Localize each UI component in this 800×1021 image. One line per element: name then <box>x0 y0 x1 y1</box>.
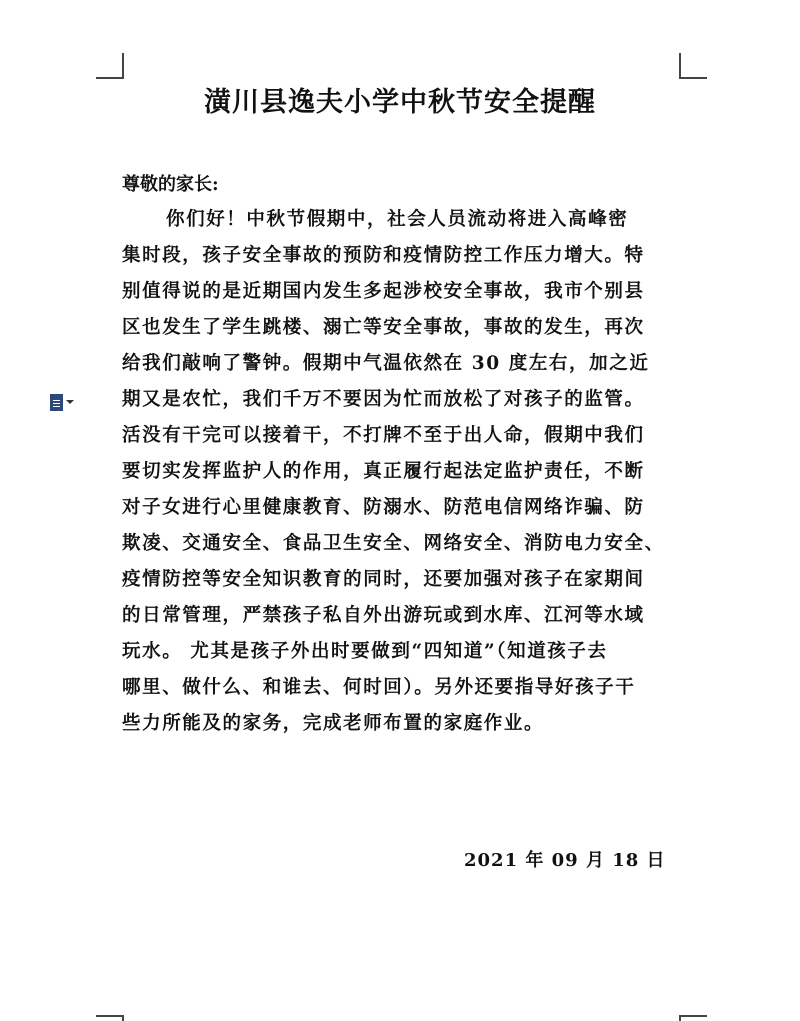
document-title: 潢川县逸夫小学中秋节安全提醒 <box>0 80 800 119</box>
body-line: 活没有干完可以接着干，不打牌不至于出人命，假期中我们 <box>122 418 682 454</box>
document-icon <box>50 394 63 411</box>
body-line: 你们好！中秋节假期中，社会人员流动将进入高峰密 <box>122 202 682 238</box>
body-text-segment: （知道孩子去 <box>496 641 607 662</box>
body-line: 对子女进行心里健康教育、防溺水、防范电信网络诈骗、防 <box>122 490 682 526</box>
document-date: 2021 年 09 月 18 日 <box>464 846 666 872</box>
body-text-segment: 玩水。 尤其是孩子外出时要做到 <box>122 641 411 662</box>
page-corner-mark-bottom-left <box>96 1015 124 1021</box>
body-line: 集时段，孩子安全事故的预防和疫情防控工作压力增大。特 <box>122 238 682 274</box>
greeting: 尊敬的家长: <box>122 170 219 196</box>
page-corner-mark-bottom-right <box>679 1015 707 1021</box>
four-knows-emphasis: “四知道” <box>411 641 496 662</box>
body-line: 欺凌、交通安全、食品卫生安全、网络安全、消防电力安全、 <box>122 526 682 562</box>
page-corner-mark-top-left <box>96 53 124 79</box>
body-line: 哪里、做什么、和谁去、何时回）。另外还要指导好孩子干 <box>122 670 682 706</box>
chevron-down-icon <box>66 400 74 404</box>
body-line: 期又是农忙，我们千万不要因为忙而放松了对孩子的监管。 <box>122 382 682 418</box>
body-line: 别值得说的是近期国内发生多起涉校安全事故，我市个别县 <box>122 274 682 310</box>
body-line: 疫情防控等安全知识教育的同时，还要加强对孩子在家期间 <box>122 562 682 598</box>
body-line: 区也发生了学生跳楼、溺亡等安全事故，事故的发生，再次 <box>122 310 682 346</box>
body-paragraph: 你们好！中秋节假期中，社会人员流动将进入高峰密 集时段，孩子安全事故的预防和疫情… <box>122 202 682 742</box>
body-line: 些力所能及的家务，完成老师布置的家庭作业。 <box>122 706 682 742</box>
body-line: 玩水。 尤其是孩子外出时要做到“四知道”（知道孩子去 <box>122 634 682 670</box>
document-options-button[interactable] <box>50 390 90 414</box>
body-line: 要切实发挥监护人的作用，真正履行起法定监护责任，不断 <box>122 454 682 490</box>
body-line: 的日常管理，严禁孩子私自外出游玩或到水库、江河等水域 <box>122 598 682 634</box>
body-line: 给我们敲响了警钟。假期中气温依然在 30 度左右，加之近 <box>122 346 682 382</box>
page-corner-mark-top-right <box>679 53 707 79</box>
